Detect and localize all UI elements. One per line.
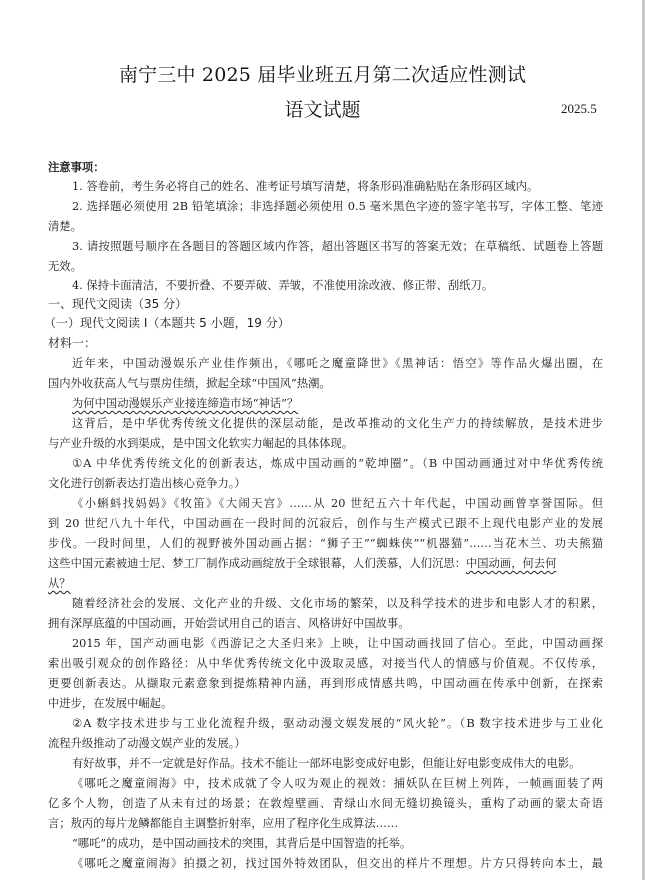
- notice-item-4: 4. 保持卡面清洁，不要折叠、不要弄破、弄皱，不准使用涂改液、修正带、刮纸刀。: [72, 278, 603, 293]
- paragraph-line: 步伐。一段时间里，人们的视野被外国动画占据：“狮子王”“蜘蛛侠”“机器猫”……当…: [48, 536, 603, 551]
- paragraph-line: 索出吸引观众的创作路径：从中华优秀传统文化中汲取灵感，对接当代人的情感与价值观。…: [48, 656, 603, 671]
- paragraph-line: 流程升级推动了动漫文娱产业的发展。）: [48, 736, 603, 751]
- paragraph-line: 《哪吒之魔童闹海》中，技术成就了令人叹为观止的视效：捕妖队在巨树上列阵，一帧画面…: [72, 776, 603, 791]
- notice-item-2: 2. 选择题必须使用 2B 铅笔填涂；非选择题必须使用 0.5 毫米黑色字迹的签…: [72, 199, 603, 214]
- exam-title: 南宁三中 2025 届毕业班五月第二次适应性测试: [0, 60, 645, 87]
- paragraph-line: 到 20 世纪八九十年代，中国动画在一段时间的沉寂后，创作与生产模式已跟不上现代…: [48, 516, 603, 531]
- paragraph-line: 随着经济社会的发展、文化产业的升级、文化市场的繁荣，以及科学技术的进步和电影人才…: [72, 596, 603, 611]
- wavy-underlined-text: 为何中国动漫娱乐产业接连缔造市场“神话”？: [72, 397, 298, 410]
- section-subtitle: （一）现代文阅读 I（本题共 5 小题，19 分）: [44, 316, 599, 331]
- paragraph-line: “哪吒”的成功，是中国动画技术的突围，其背后是中国智造的托举。: [72, 836, 603, 851]
- paragraph-line: 更要创新表达。从撷取元素意象到提炼精神内涵，再到形成情感共鸣，中国动画在传承中创…: [48, 676, 603, 691]
- paragraph-line: 有好故事，并不一定就是好作品。技术不能让一部坏电影变成好电影，但能让好电影变成伟…: [72, 756, 603, 771]
- notice-item-3: 3. 请按照题号顺序在各题目的答题区域内作答，超出答题区书写的答案无效；在草稿纸…: [72, 239, 603, 254]
- exam-subtitle: 语文试题: [0, 95, 645, 122]
- wavy-underlined-text: 中国动画，何去何: [466, 557, 556, 570]
- paragraph-line: 文化进行创新表达打造出核心竞争力。）: [48, 476, 603, 491]
- wavy-underlined-text: 从？: [48, 577, 71, 590]
- notice-item-3-cont: 无效。: [48, 259, 603, 274]
- paragraph-line: 亿多个人物，创造了从未有过的场景；在敦煌壁画、青绿山水间无缝切换镜头，重构了动画…: [48, 796, 603, 811]
- underlined-question: 为何中国动漫娱乐产业接连缔造市场“神话”？: [72, 396, 603, 411]
- paragraph-line: 近年来，中国动漫娱乐产业佳作频出，《哪吒之魔童降世》《黑神话：悟空》等作品火爆出…: [72, 356, 603, 371]
- exam-page: 南宁三中 2025 届毕业班五月第二次适应性测试 语文试题 2025.5 注意事…: [0, 0, 642, 880]
- notice-heading: 注意事项：: [48, 160, 603, 175]
- paragraph-line: 国内外收获高人气与票房佳绩，掀起全球“中国风”热潮。: [48, 376, 603, 391]
- paragraph-line: 中进步，在发展中崛起。: [48, 696, 603, 711]
- notice-item-1: 1. 答卷前，考生务必将自己的姓名、准考证号填写清楚，将条形码准确粘贴在条形码区…: [72, 179, 603, 194]
- paragraph-line: 从？: [48, 576, 603, 591]
- section-title: 一、现代文阅读（35 分）: [48, 297, 603, 312]
- material-label: 材料一：: [48, 336, 603, 351]
- notice-item-2-cont: 清楚。: [48, 219, 603, 234]
- paragraph-line: 这些中国元素被迪士尼、梦工厂制作成动画绽放于全球银幕，人们羡慕，人们沉思：中国动…: [48, 556, 603, 571]
- paragraph-text: 这些中国元素被迪士尼、梦工厂制作成动画绽放于全球银幕，人们羡慕，人们沉思：: [48, 557, 466, 570]
- paragraph-line: 《哪吒之魔童闹海》拍摄之初，找过国外特效团队，但交出的样片不理想。片方只得转向本…: [72, 856, 603, 871]
- paragraph-line: ②A 数字技术进步与工业化流程升级，驱动动漫文娱发展的“风火轮”。（B 数字技术…: [72, 716, 603, 731]
- paragraph-line: 这背后，是中华优秀传统文化提供的深层动能，是改革推动的文化生产力的持续解放，是技…: [72, 416, 603, 431]
- paragraph-line: 《小蝌蚪找妈妈》《牧笛》《大闹天宫》……从 20 世纪五六十年代起，中国动画曾享…: [72, 496, 603, 511]
- exam-date: 2025.5: [561, 101, 597, 117]
- paragraph-line: 言；敖丙的每片龙鳞都能自主调整折射率，应用了程序化生成算法……: [48, 816, 603, 831]
- paragraph-line: 与产业升级的水到渠成，是中国文化软实力崛起的具体体现。: [48, 436, 603, 451]
- paragraph-line: 拥有深厚底蕴的中国动画，开始尝试用自己的语言、风格讲好中国故事。: [48, 616, 603, 631]
- paragraph-line: 2015 年，国产动画电影《西游记之大圣归来》上映，让中国动画找回了信心。至此，…: [72, 636, 603, 651]
- paragraph-line: ①A 中华优秀传统文化的创新表达，炼成中国动画的“乾坤圈”。（B 中国动画通过对…: [72, 456, 603, 471]
